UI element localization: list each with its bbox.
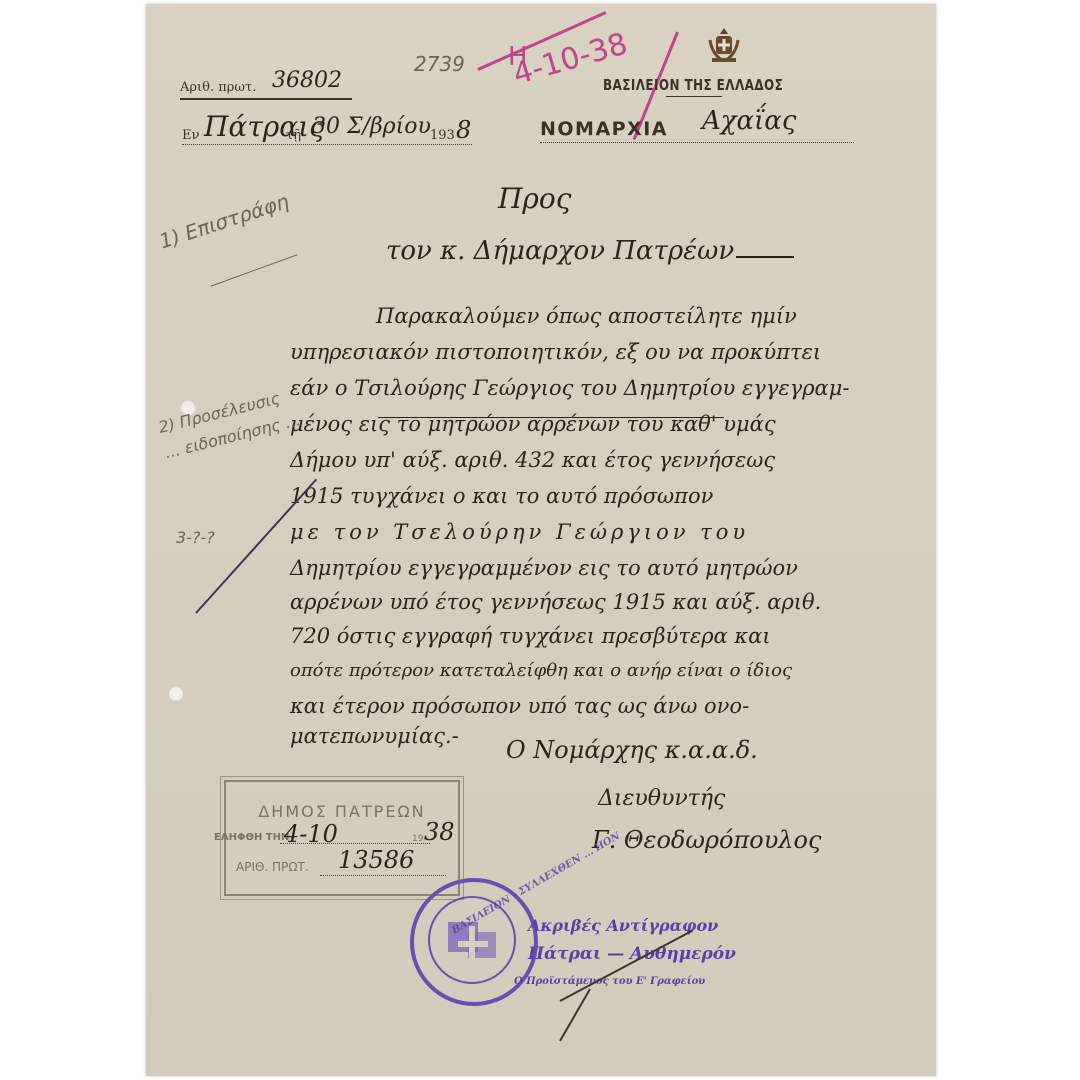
protocol-label: Αριθ. πρωτ. [180, 80, 256, 95]
body-line: με τον Τσελούρην Γεώργιον του [290, 520, 749, 544]
received-year-handwritten: 38 [424, 818, 455, 846]
coat-of-arms-icon [706, 26, 742, 66]
date-article: τῇ [286, 128, 301, 143]
certified-line-3: Ο Προϊστάμενος του Ε' Γραφείου [514, 976, 705, 987]
signature-name: Γ. Θεοδωρόπουλος [592, 826, 821, 854]
signature-role: Διευθυντής [598, 786, 725, 811]
body-line: και έτερον πρόσωπον υπό τας ως άνω ονο- [290, 694, 749, 718]
received-label: ΕΛΗΦΘΗ ΤΗΝ [214, 832, 289, 843]
date-day-month: 30 Σ/βρίου [312, 114, 431, 139]
punch-hole [168, 686, 184, 702]
received-year-printed: 19 [412, 834, 423, 844]
prefecture-field: ΝΟΜΑΡΧΙΑ Αχαΐας [540, 118, 854, 143]
received-protocol-label: ΑΡΙΘ. ΠΡΩΤ. [236, 860, 309, 874]
body-line: ματεπωνυμίας.- [290, 724, 459, 748]
protocol-field: Αριθ. πρωτ. 36802 [180, 76, 352, 100]
body-line: εάν ο Τσιλούρης Γεώργιος του Δημητρίου ε… [290, 376, 849, 400]
place-date-field: Εν Πάτραις τῇ 30 Σ/βρίου 193 8 [182, 124, 472, 145]
prefecture-label: ΝΟΜΑΡΧΙΑ [540, 118, 668, 140]
body-line: 720 όστις εγγραφή τυγχάνει πρεσβύτερα κα… [290, 624, 771, 648]
recipient-line: τον κ. Δήμαρχον Πατρέων [386, 236, 734, 266]
body-line: υπηρεσιακόν πιστοποιητικόν, εξ ου να προ… [290, 340, 821, 364]
prefecture-name: Αχαΐας [702, 106, 796, 136]
name-underline [378, 417, 724, 418]
body-line: Παρακαλούμεν όπως αποστείλητε ημίν [376, 304, 797, 328]
kingdom-title: ΒΑΣΙΛΕΙΟΝ ΤΗΣ ΕΛΛΑΔΟΣ [603, 76, 783, 94]
place-label: Εν [182, 128, 199, 143]
body-line: Δήμου υπ' αύξ. αριθ. 432 και έτος γεννήσ… [290, 448, 775, 472]
body-line: 1915 τυγχάνει ο και το αυτό πρόσωπον [290, 484, 713, 508]
received-stamp: ΔΗΜΟΣ ΠΑΤΡΕΩΝ ΕΛΗΦΘΗ ΤΗΝ 4-10 19 38 ΑΡΙΘ… [224, 780, 460, 896]
place-name: Πάτραις [204, 110, 325, 143]
year-printed: 193 [430, 128, 455, 143]
signature-title: Ο Νομάρχης κ.α.α.δ. [506, 736, 758, 764]
protocol-number: 36802 [272, 68, 342, 93]
body-line: οπότε πρότερον κατεταλείφθη και ο ανήρ ε… [290, 660, 792, 681]
body-line: αρρένων υπό έτος γεννήσεως 1915 και αύξ.… [290, 590, 821, 614]
margin-note-2-date: 3-?-? [176, 528, 215, 547]
received-date: 4-10 [284, 820, 338, 848]
received-protocol-line [320, 874, 446, 876]
recipient-dash [736, 256, 794, 258]
body-line: μένος εις το μητρώον αρρένων του καθ' υμ… [290, 412, 776, 436]
pencil-note: 2739 [414, 52, 465, 76]
kingdom-underline [666, 96, 722, 97]
body-line: Δημητρίου εγγεγραμμένον εις το αυτό μητρ… [290, 556, 798, 580]
salutation-to: Προς [498, 182, 571, 215]
year-handwritten: 8 [456, 116, 471, 144]
received-protocol-number: 13586 [338, 846, 414, 874]
